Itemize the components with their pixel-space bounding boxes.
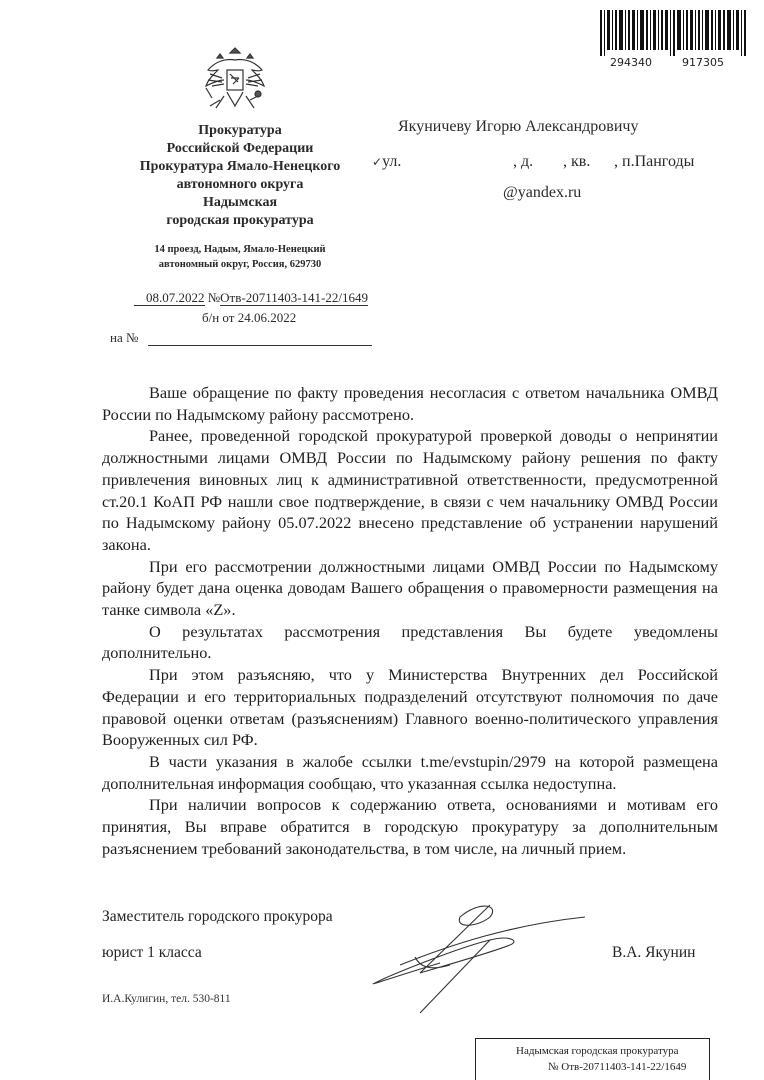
barcode-bars <box>600 10 750 56</box>
signatory-name: В.А. Якунин <box>612 944 695 962</box>
in-reply-to: б/н от 24.06.2022 <box>202 310 296 326</box>
street-prefix: ул. <box>382 153 401 170</box>
org-line: автономного округа <box>110 176 370 194</box>
house-label: , д. <box>513 153 533 171</box>
stamp-org: Надымская городская прокуратура <box>516 1045 679 1057</box>
org-line: Прокуратура <box>110 122 370 140</box>
na-number-label: на № <box>110 330 138 346</box>
letter-body: Ваше обращение по факту проведения несог… <box>102 382 718 859</box>
addressee-address: ✓ул. <box>372 153 401 171</box>
barcode-number-right: 917305 <box>680 56 726 69</box>
executor-contact: И.А.Кулигин, тел. 530-811 <box>102 993 231 1005</box>
address-line: 14 проезд, Надым, Ямало-Ненецкий <box>110 242 370 257</box>
stamp-number-row: № Отв-20711403-141-22/1649 <box>548 1061 686 1073</box>
checkmark-icon: ✓ <box>372 155 382 169</box>
body-paragraph: При его рассмотрении должностными лицами… <box>102 556 718 621</box>
body-paragraph: О результатах рассмотрения представления… <box>102 621 718 664</box>
handwritten-signature-icon <box>360 895 590 1015</box>
registration-stamp: Надымская городская прокуратура № Отв-20… <box>475 1038 710 1080</box>
org-line: Надымская <box>110 194 370 212</box>
org-line: Российской Федерации <box>110 140 370 158</box>
body-paragraph: При наличии вопросов к содержанию ответа… <box>102 794 718 859</box>
organization-header: Прокуратура Российской Федерации Прокура… <box>110 122 370 230</box>
body-paragraph: В части указания в жалобе ссылки t.me/ev… <box>102 751 718 794</box>
outgoing-reference: 08.07.2022 №Отв-20711403-141-22/1649 <box>134 290 406 306</box>
body-paragraph: Ваше обращение по факту проведения несог… <box>102 382 718 425</box>
addressee-name: Якуничеву Игорю Александровичу <box>398 118 638 136</box>
addressee-email: @yandex.ru <box>503 184 581 202</box>
apartment-label: , кв. <box>563 153 590 171</box>
russian-coat-of-arms-icon <box>200 40 270 115</box>
number-sign: № <box>208 290 220 305</box>
na-number-line <box>148 345 372 346</box>
outgoing-number: Отв-20711403-141-22/1649 <box>220 290 368 306</box>
stamp-number-sign: № <box>548 1061 559 1073</box>
signatory-position: Заместитель городского прокурора <box>102 908 333 926</box>
settlement-label: , п.Пангоды <box>614 153 694 171</box>
outgoing-date: 08.07.2022 <box>134 290 205 306</box>
body-paragraph: Ранее, проведенной городской прокуратуро… <box>102 425 718 555</box>
barcode: 294340 917305 <box>600 10 750 58</box>
stamp-number: Отв-20711403-141-22/1649 <box>561 1061 686 1073</box>
barcode-number-left: 294340 <box>608 56 654 69</box>
body-paragraph: При этом разъясняю, что у Министерства В… <box>102 664 718 751</box>
org-line: городская прокуратура <box>110 212 370 230</box>
organization-address: 14 проезд, Надым, Ямало-Ненецкий автоном… <box>110 242 370 272</box>
signatory-rank: юрист 1 класса <box>102 944 202 962</box>
org-line: Прокуратура Ямало-Ненецкого <box>110 158 370 176</box>
address-line: автономный округ, Россия, 629730 <box>110 257 370 272</box>
